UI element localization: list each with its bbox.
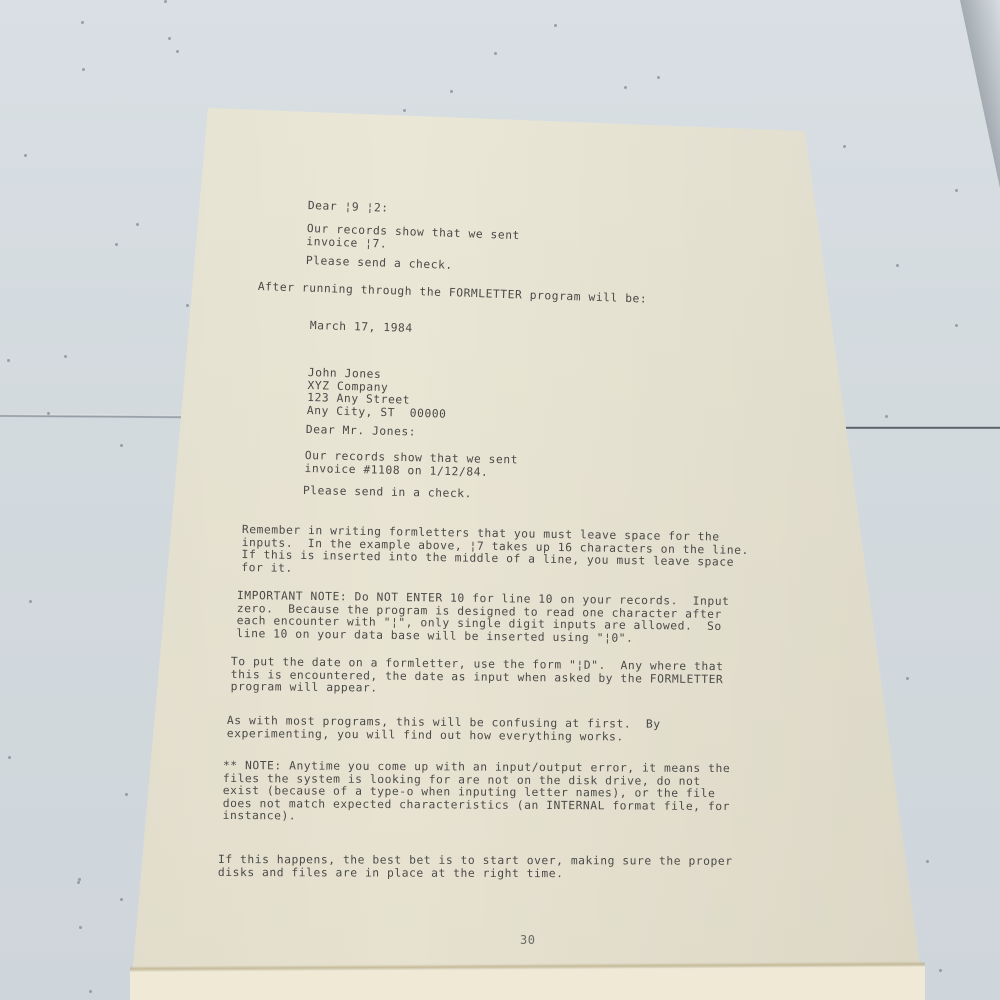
paragraph-remember: Remember in writing formletters that you… — [241, 524, 749, 582]
output-salutation: Dear Mr. Jones: — [306, 424, 417, 439]
output-address: John Jones XYZ Company 123 Any Street An… — [307, 367, 448, 421]
output-closing: Please send in a check. — [303, 485, 472, 501]
paragraph-line: experimenting, you will find out how eve… — [227, 727, 661, 743]
paragraph-important-note: IMPORTANT NOTE: Do NOT ENTER 10 for line… — [236, 590, 729, 646]
output-body: Our records show that we sent invoice #1… — [304, 450, 518, 479]
intro-after-text: After running through the FORMLETTER pro… — [258, 281, 648, 306]
paragraph-date-form: To put the date on a formletter, use the… — [231, 656, 724, 699]
template-body: Our records show that we sent invoice ¦7… — [306, 223, 520, 255]
template-salutation: Dear ¦9 ¦2: — [308, 200, 389, 215]
document-text: Dear ¦9 ¦2: Our records show that we sen… — [0, 0, 1000, 1000]
page-number: 30 — [520, 934, 536, 947]
output-body-line: invoice #1108 on 1/12/84. — [304, 462, 517, 479]
paragraph-confusing: As with most programs, this will be conf… — [227, 715, 661, 744]
address-line: Any City, ST 00000 — [307, 404, 447, 420]
template-closing: Please send a check. — [306, 255, 453, 272]
output-date: March 17, 1984 — [310, 320, 413, 335]
paragraph-start-over: If this happens, the best bet is to star… — [218, 854, 733, 881]
paragraph-line: disks and files are in place at the righ… — [218, 866, 733, 880]
paragraph-io-error-note: ** NOTE: Anytime you come up with an inp… — [223, 760, 731, 826]
